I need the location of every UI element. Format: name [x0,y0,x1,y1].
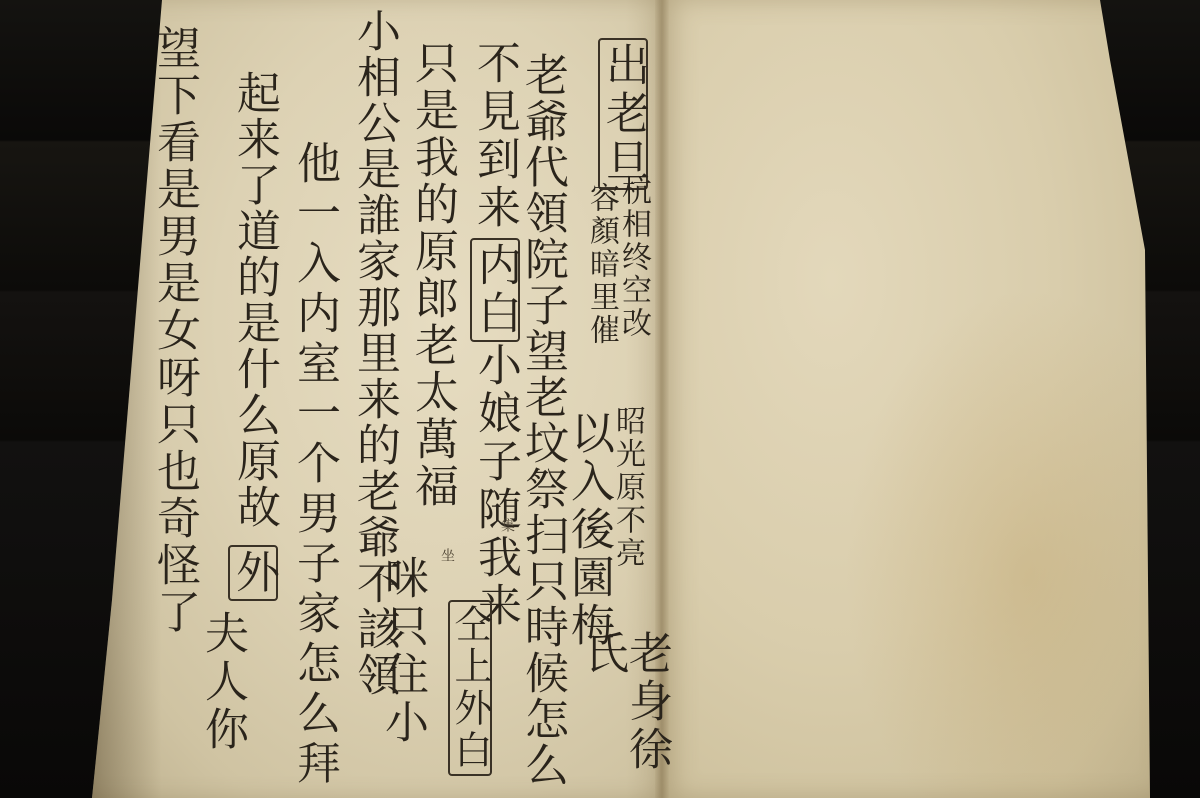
circled-note: 坐 [440,548,454,562]
margin-note: 集 [500,518,514,532]
stage-direction-box-inner: 内白 [470,238,520,342]
text-column-7: 他一入内室一个男子家怎么拜 [292,140,336,790]
text-column-3: 老爺代領院子望老坟祭扫只時候怎么 [520,52,564,788]
verse-line-4: 以入後園梅 [566,410,610,650]
verse-line-1: 杭相终空改 [618,175,648,340]
verse-line-2: 容顏暗里催 [586,182,616,347]
verse-line-3: 昭光原不亮 [612,405,642,570]
open-manuscript: 出老旦 杭相终空改 容顏暗里催 昭光原不亮 以入後園梅 老身徐氏 老爺代領院子望… [0,0,1200,798]
text-column-4b-text: 小娘子随我来 [470,342,521,630]
verse-line-5: 老身徐氏 [580,630,668,798]
role-heading-box: 出老旦 [598,38,648,190]
text-column-4b: 内白小娘子随我来 [470,238,520,630]
text-column-4c: 仝上外白 [448,600,492,776]
text-column-5: 只是我的原郎老太萬福 [410,40,454,510]
text-column-8: 起来了道的是什么原故 [232,70,276,530]
text-column-4a: 不見到来 [472,40,516,232]
text-column-6: 小相公是誰家那里来的老爺不該領 [352,8,396,698]
role-heading-column: 出老旦 [598,38,648,190]
stage-direction-box-outer: 外 [228,545,278,601]
right-page-blank [660,0,1150,798]
text-column-9: 望下看是男是女呀只也奇怪了 [152,25,196,636]
text-column-8-box: 外 [228,545,278,601]
text-column-8-tail: 夫人你 [200,610,244,754]
stage-direction-box-all: 仝上外白 [448,600,492,776]
